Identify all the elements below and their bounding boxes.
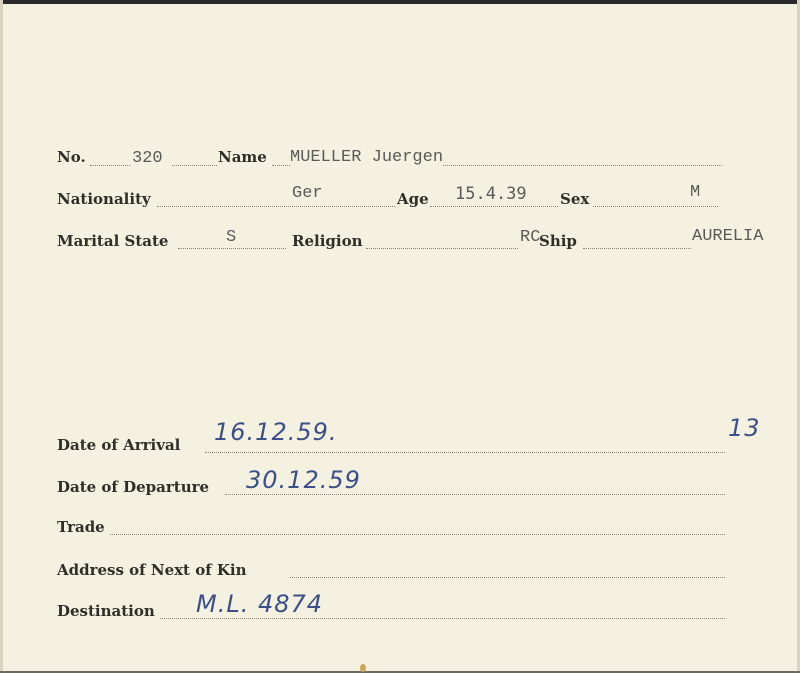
ship-value: AURELIA [692, 227, 763, 246]
record-card: No. 320 Name MUELLER Juergen Nationality… [0, 0, 800, 673]
religion-dots [366, 248, 518, 249]
card-top-edge [0, 0, 800, 4]
name-label: Name [218, 148, 267, 166]
no-label: No. [57, 148, 86, 166]
age-label: Age [397, 190, 429, 208]
address-next-of-kin-dots [290, 577, 725, 578]
no-dots-2 [172, 165, 217, 166]
date-of-arrival-value: 16.12.59. [214, 418, 338, 446]
paper-stain [360, 664, 366, 672]
sex-dots [593, 206, 718, 207]
nationality-value: Ger [292, 184, 323, 203]
trade-label: Trade [57, 518, 105, 536]
nationality-label: Nationality [57, 190, 151, 208]
arrival-note-value: 13 [728, 414, 761, 442]
date-of-arrival-dots [205, 452, 725, 453]
destination-dots [160, 618, 725, 619]
trade-dots [110, 534, 725, 535]
date-of-departure-label: Date of Departure [57, 478, 209, 496]
sex-label: Sex [560, 190, 589, 208]
card-left-edge [0, 0, 3, 673]
ship-dots [583, 248, 691, 249]
religion-label: Religion [292, 232, 363, 250]
date-of-arrival-label: Date of Arrival [57, 436, 180, 454]
ship-label: Ship [539, 232, 577, 250]
age-dots [430, 206, 558, 207]
no-dots [90, 165, 130, 166]
destination-value: M.L. 4874 [196, 590, 323, 618]
date-of-departure-value: 30.12.59 [246, 466, 361, 494]
marital-state-value: S [226, 228, 236, 247]
destination-label: Destination [57, 602, 155, 620]
marital-state-dots [178, 248, 286, 249]
no-value: 320 [132, 149, 163, 168]
nationality-dots [157, 206, 395, 207]
address-next-of-kin-label: Address of Next of Kin [57, 561, 247, 579]
sex-value: M [690, 183, 700, 202]
name-value: MUELLER Juergen [290, 148, 443, 167]
religion-value: RC [520, 228, 540, 247]
marital-state-label: Marital State [57, 232, 168, 250]
age-value: 15.4.39 [455, 184, 527, 204]
date-of-departure-dots [225, 494, 725, 495]
